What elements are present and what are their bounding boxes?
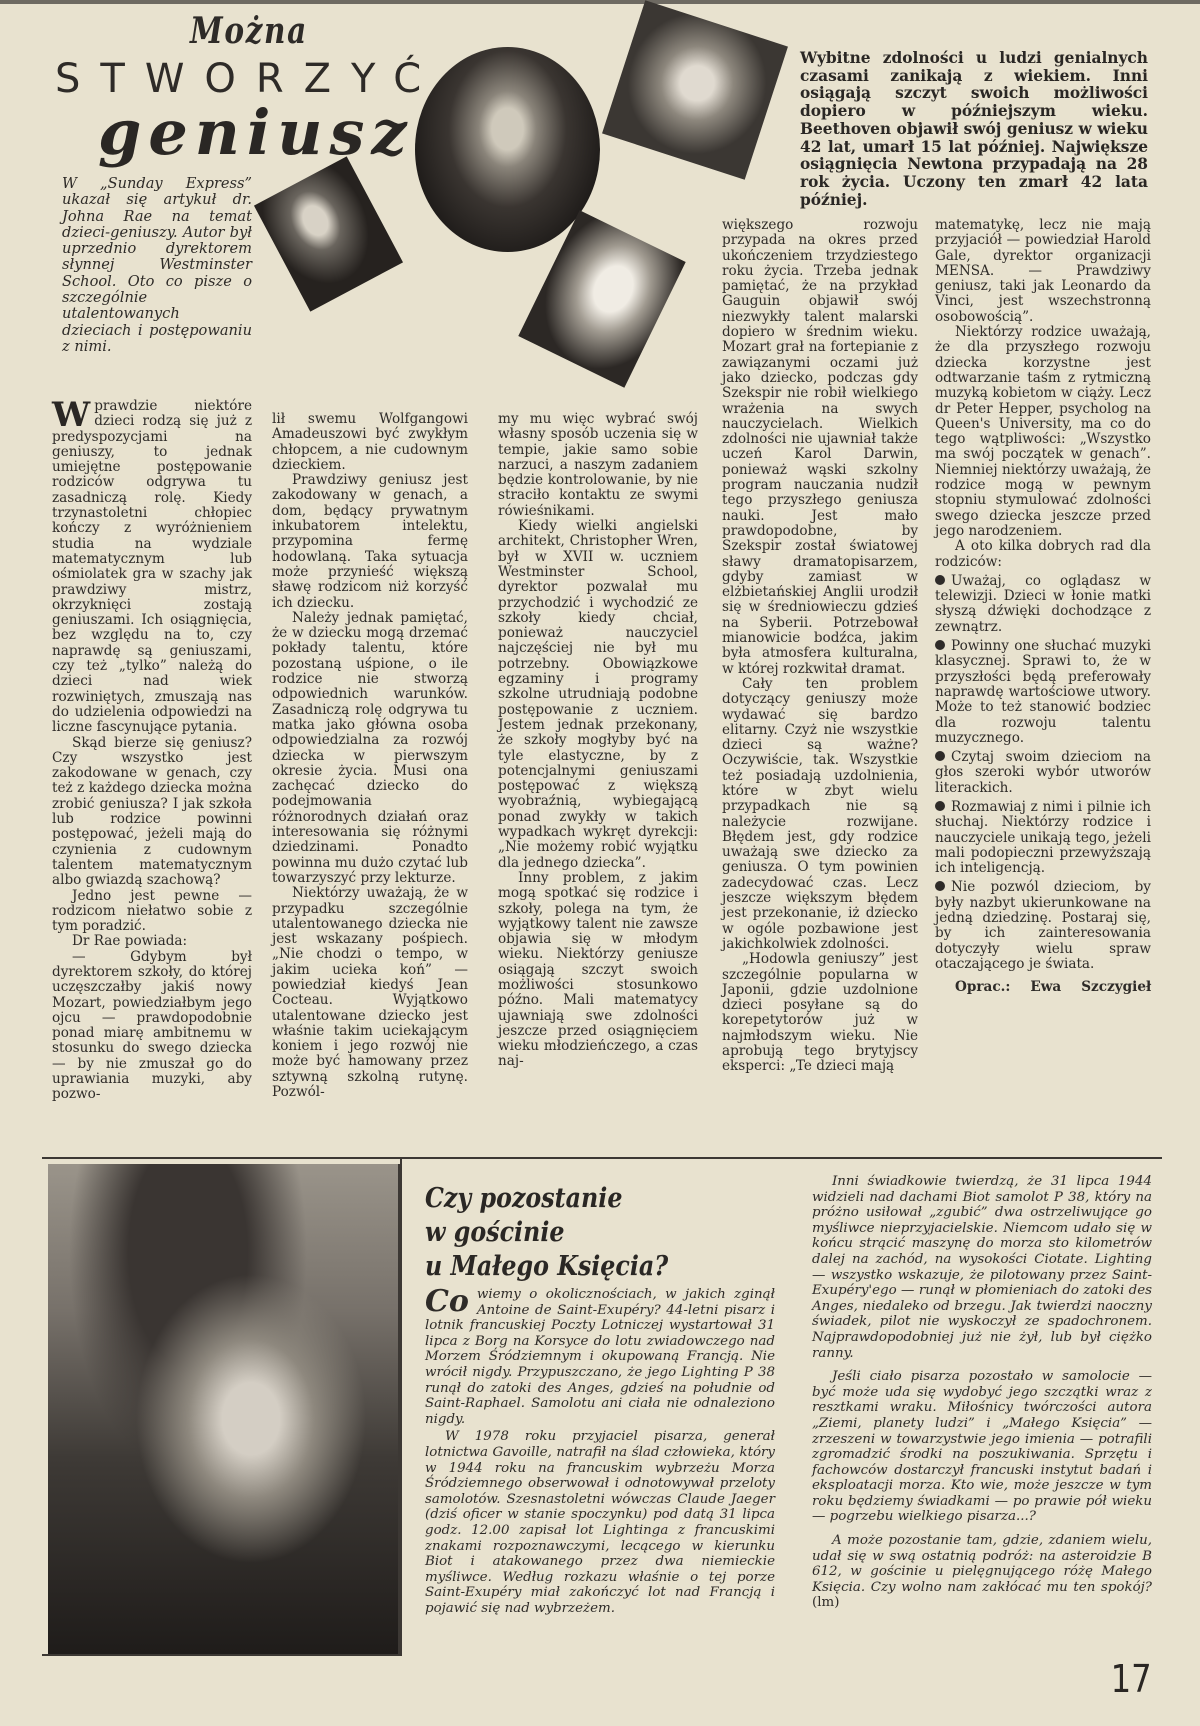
article-column-3: my mu więc wybrać swój własny sposób ucz… <box>498 412 698 1070</box>
bullet-icon <box>935 640 945 650</box>
paragraph: Cowiemy o okolicznościach, w jakich zgin… <box>425 1287 775 1427</box>
paragraph: Kiedy wielki angielski architekt, Christ… <box>498 519 698 871</box>
magazine-page: Można STWORZYĆ geniusza? W „Sunday Expre… <box>0 0 1200 1726</box>
paragraph: my mu więc wybrać swój własny sposób ucz… <box>498 412 698 519</box>
paragraph: A oto kilka dobrych rad dla rodziców: <box>935 539 1151 570</box>
paragraph: Cały ten problem dotyczący geniuszy może… <box>722 677 918 952</box>
bullet-icon <box>935 801 945 811</box>
tip-item: Nie pozwól dzieciom, by były nazbyt ukie… <box>935 880 1151 972</box>
paragraph: matematykę, lecz nie mają przyjaciół — p… <box>935 218 1151 325</box>
article-lead: Wybitne zdolności u ludzi genialnych cza… <box>800 50 1148 209</box>
article-divider <box>42 1157 1162 1159</box>
bullet-icon <box>935 575 945 585</box>
drop-cap: Co <box>425 1287 469 1317</box>
author-byline: Oprac.: Ewa Szczygieł <box>935 980 1151 995</box>
article-intro: W „Sunday Express” ukazał się artykuł dr… <box>62 176 252 355</box>
paragraph: Dr Rae powiada: <box>52 934 252 949</box>
article2-title: Czy pozostanie w gościnie u Małego Księc… <box>425 1182 668 1284</box>
bullet-icon <box>935 751 945 761</box>
paragraph: Prawdziwy geniusz jest zakodowany w gena… <box>272 473 468 611</box>
page-number: 17 <box>1111 1657 1152 1701</box>
tip-item: Uważaj, co oglądasz w telewizji. Dzieci … <box>935 574 1151 635</box>
photo-frame-rule <box>400 1159 402 1656</box>
paragraph: A może pozostanie tam, gdzie, zdaniem wi… <box>812 1533 1152 1611</box>
paragraph: Niektórzy uważają, że w przypadku szczeg… <box>272 886 468 1100</box>
paragraph: Należy jednak pamiętać, że w dziecku mog… <box>272 611 468 886</box>
paragraph: Skąd bierze się geniusz? Czy wszystko je… <box>52 736 252 889</box>
paragraph: większego rozwoju przypada na okres prze… <box>722 218 918 677</box>
shakespeare-photo <box>254 156 403 311</box>
paragraph: W 1978 roku przyjaciel pisarza, generał … <box>425 1429 775 1616</box>
article2-column-1: Cowiemy o okolicznościach, w jakich zgin… <box>425 1287 775 1616</box>
drop-cap: W <box>52 401 90 429</box>
paragraph: Inni świadkowie twierdzą, że 31 lipca 19… <box>812 1174 1152 1361</box>
paragraph: — Gdybym był dyrektorem szkoły, do które… <box>52 950 252 1103</box>
saint-exupery-photo <box>48 1164 400 1654</box>
paragraph: Jedno jest pewne — rodzicom niełatwo sob… <box>52 889 252 935</box>
article2-column-2: Inni świadkowie twierdzą, że 31 lipca 19… <box>812 1174 1152 1611</box>
article-column-5: matematykę, lecz nie mają przyjaciół — p… <box>935 218 1151 996</box>
article-column-2: lił swemu Wolfgangowi Amadeuszowi być zw… <box>272 412 468 1100</box>
article-title-line1: Można <box>190 10 308 52</box>
bullet-icon <box>935 881 945 891</box>
article-column-1: Wprawdzie niektóre dzieci rodzą się już … <box>52 399 252 1103</box>
tip-item: Powinny one słuchać muzyki klasycznej. S… <box>935 639 1151 746</box>
paragraph: Wprawdzie niektóre dzieci rodzą się już … <box>52 399 252 736</box>
paragraph: Inny problem, z jakim mogą spotkać się r… <box>498 871 698 1070</box>
paragraph: Jeśli ciało pisarza pozostało w samoloci… <box>812 1369 1152 1525</box>
newton-photo <box>415 47 600 252</box>
paragraph: lił swemu Wolfgangowi Amadeuszowi być zw… <box>272 412 468 473</box>
photo-bottom-rule <box>42 1654 402 1656</box>
author-signature: (lm) <box>812 1595 839 1610</box>
tip-item: Rozmawiaj z nimi i pilnie ich słuchaj. N… <box>935 800 1151 876</box>
paragraph: „Hodowla geniuszy” jest szczególnie popu… <box>722 952 918 1074</box>
paragraph: Niektórzy rodzice uważają, że dla przysz… <box>935 325 1151 539</box>
einstein-photo <box>602 0 788 180</box>
tip-item: Czytaj swoim dzieciom na głos szeroki wy… <box>935 750 1151 796</box>
article-column-4: większego rozwoju przypada na okres prze… <box>722 218 918 1075</box>
